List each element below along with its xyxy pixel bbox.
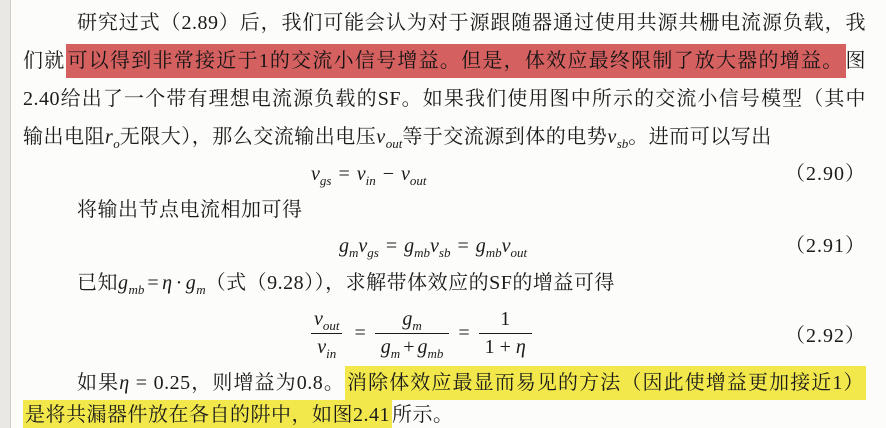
math-var: g [381, 336, 391, 358]
math-sub: in [366, 173, 376, 188]
fraction-numerator: vout [308, 306, 346, 333]
math-var: v [358, 235, 367, 257]
math-eta: η [516, 336, 526, 358]
equals-sign: = [458, 322, 469, 345]
equation-number-2-92: （2.92） [785, 319, 866, 348]
page-left-edge [0, 0, 11, 428]
body-text: 2.40给出了一个带有理想电流源负载的SF。如果我们使用图中所示的交流小信号模型… [23, 88, 866, 110]
math-var: g [339, 235, 349, 257]
math-var: g [476, 235, 486, 257]
math-eta: η [162, 272, 172, 294]
equals-sign: = [355, 322, 366, 345]
dot-operator: · [176, 272, 183, 294]
body-text: 研究过式（2.89）后，我们可能会认为对于源跟随器通过使用共源共栅电流源负载，我 [77, 12, 866, 34]
paragraph-3-lead: 已知gmb=η·gm（式（9.28）），求解带体效应的SF的增益可得 [23, 264, 866, 302]
paragraph-1-line-4: 输出电阻ro无限大），那么交流输出电压vout等于交流源到体的电势vsb。进而可… [23, 118, 866, 156]
fraction-numerator: 1 [494, 306, 516, 333]
math-var-gm: g [186, 272, 197, 294]
math-var-vsb: v [607, 126, 616, 148]
math-var: v [317, 336, 326, 358]
math-var: v [401, 163, 410, 185]
fraction-denominator: gm+gmb [375, 333, 450, 361]
equals-sign: = [386, 235, 397, 257]
equation-2-90: vgs=vin−vout [311, 156, 427, 192]
equals-sign: = [338, 163, 349, 185]
math-var: v [502, 235, 511, 257]
fraction-one-over-1-plus-eta: 1 1 + η [479, 306, 532, 361]
math-sub: out [323, 318, 340, 333]
math-sub: out [410, 173, 427, 188]
math-var: g [417, 336, 427, 358]
math-sub: m [391, 346, 400, 361]
math-var-vout: v [376, 126, 385, 148]
math-sub: mb [427, 346, 443, 361]
math-sub-sb: sb [617, 136, 629, 151]
paragraph-2-lead: 将输出节点电流相加可得 [23, 192, 866, 228]
equation-row-290: vgs=vin−vout （2.90） [23, 156, 866, 192]
body-text: 无限大），那么交流输出电压 [120, 126, 377, 148]
paragraph-1-line-3: 2.40给出了一个带有理想电流源负载的SF。如果我们使用图中所示的交流小信号模型… [23, 80, 866, 118]
paragraph-1-line-1: 研究过式（2.89）后，我们可能会认为对于源跟随器通过使用共源共栅电流源负载，我 [23, 4, 866, 42]
math-sub: out [511, 245, 528, 260]
math-var: v [314, 308, 323, 330]
math-sub: sb [439, 245, 451, 260]
math-sub: m [349, 245, 358, 260]
body-text: 等于交流源到体的电势 [402, 126, 607, 148]
math-eta: η [119, 372, 129, 394]
equation-row-292: vout vin = gm gm+gmb = 1 1 + η （2.92） [23, 302, 866, 364]
fraction-vout-vin: vout vin [308, 306, 346, 361]
paragraph-4-line-1: 如果η = 0.25，则增益为0.8。消除体效应最显而易见的方法（因此使增益更加… [23, 364, 866, 402]
document-page: 研究过式（2.89）后，我们可能会认为对于源跟随器通过使用共源共栅电流源负载，我… [0, 0, 886, 428]
yellow-highlight-text-1: 消除体效应最显而易见的方法（因此使增益更加接近1） [345, 366, 866, 400]
math-var: g [404, 235, 414, 257]
math-var-gmb: g [118, 272, 129, 294]
math-text: 1 + [485, 336, 516, 358]
fraction-gm-over-sum: gm gm+gmb [375, 306, 450, 361]
math-var: v [357, 163, 366, 185]
equation-row-291: gmvgs=gmbvsb=gmbvout （2.91） [23, 228, 866, 264]
math-sub: gs [320, 173, 332, 188]
body-text: 图 [846, 50, 867, 72]
plus-sign: + [403, 336, 414, 358]
yellow-highlight-text-2: 是将共漏器件放在各自的阱中，如图2.41 [23, 400, 392, 428]
paragraph-1-line-2: 们就可以得到非常接近于1的交流小信号增益。但是，体效应最终限制了放大器的增益。图 [23, 42, 866, 80]
math-var: g [402, 308, 412, 330]
red-highlight-text: 可以得到非常接近于1的交流小信号增益。但是，体效应最终限制了放大器的增益。 [66, 44, 846, 78]
body-text: （式（9.28）），求解带体效应的SF的增益可得 [206, 272, 615, 294]
math-sub: in [326, 346, 336, 361]
body-text: 输出电阻 [23, 126, 105, 148]
equation-2-91: gmvgs=gmbvsb=gmbvout [339, 228, 527, 264]
body-text: 。进而可以写出 [628, 126, 772, 148]
math-sub-out: out [386, 136, 403, 151]
math-var: v [430, 235, 439, 257]
math-sub-m: m [196, 282, 205, 297]
fraction-denominator: 1 + η [479, 333, 532, 361]
math-sub: gs [367, 245, 379, 260]
equals-sign: = [147, 272, 159, 294]
equation-2-92: vout vin = gm gm+gmb = 1 1 + η [306, 306, 534, 361]
math-sub: mb [486, 245, 502, 260]
body-text: 将输出节点电流相加可得 [77, 199, 303, 221]
equation-number-2-90: （2.90） [785, 156, 866, 192]
page-content: 研究过式（2.89）后，我们可能会认为对于源跟随器通过使用共源共栅电流源负载，我… [11, 0, 886, 428]
body-text: 已知 [77, 272, 118, 294]
body-text: = 0.25，则增益为0.8。 [130, 372, 345, 394]
math-sub: m [412, 318, 421, 333]
math-sub: mb [414, 245, 430, 260]
math-var: v [311, 163, 320, 185]
body-text: 所示。 [392, 404, 454, 426]
minus-sign: − [383, 163, 394, 185]
fraction-denominator: vin [311, 333, 342, 361]
fraction-numerator: gm [396, 306, 427, 333]
equation-number-2-91: （2.91） [785, 228, 866, 264]
body-text: 们就 [23, 50, 66, 72]
body-text: 如果 [77, 372, 119, 394]
math-sub-mb: mb [129, 282, 145, 297]
equals-sign: = [457, 235, 468, 257]
paragraph-4-line-2: 是将共漏器件放在各自的阱中，如图2.41所示。 [23, 402, 866, 428]
